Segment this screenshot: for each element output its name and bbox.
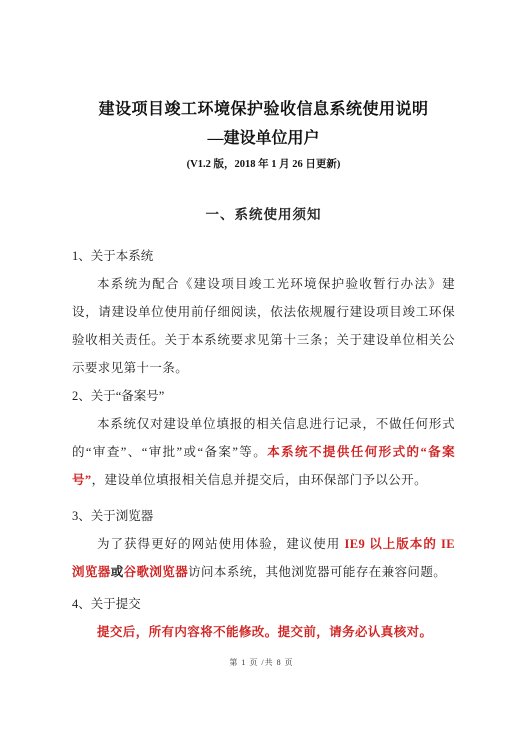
text-run: 为了获得更好的网站使用体验，建议使用 (97, 537, 344, 551)
sections-container: 1、关于本系统本系统为配合《建设项目竣工光环境保护验收暂行办法》建设，请建设单位… (72, 242, 455, 646)
section-paragraph: 为了获得更好的网站使用体验，建议使用 IE9 以上版本的 IE 浏览器或谷歌浏览… (72, 530, 455, 586)
text-run: 提交后，所有内容将不能修改。提交前，请务必认真核对。 (97, 625, 432, 639)
text-run: 谷歌浏览器 (124, 565, 189, 579)
document-page: 建设项目竣工环境保护验收信息系统使用说明 —建设单位用户 (V1.2 版，201… (0, 0, 523, 740)
section-heading: 3、关于浏览器 (72, 502, 455, 530)
section-heading: 1、关于本系统 (72, 242, 455, 270)
text-run: ，建设单位填报相关信息并提交后，由环保部门予以公开。 (92, 473, 427, 487)
doc-title: 建设项目竣工环境保护验收信息系统使用说明 (72, 96, 455, 124)
text-run: 访问本系统，其他浏览器可能存在兼容问题。 (188, 565, 446, 579)
doc-subtitle: —建设单位用户 (72, 124, 455, 154)
main-section-heading: 一、系统使用须知 (72, 204, 455, 226)
section-paragraph: 本系统为配合《建设项目竣工光环境保护验收暂行办法》建设，请建设单位使用前仔细阅读… (72, 270, 455, 382)
section-heading: 2、关于“备案号” (72, 382, 455, 410)
version-line: (V1.2 版，2018 年 1 月 26 日更新) (72, 154, 455, 176)
section-paragraph: 提交后，所有内容将不能修改。提交前，请务必认真核对。 (72, 618, 455, 646)
section-heading: 4、关于提交 (72, 590, 455, 618)
text-run: 本系统为配合《建设项目竣工光环境保护验收暂行办法》建设，请建设单位使用前仔细阅读… (72, 277, 455, 375)
page-number-footer: 第 1 页 /共 8 页 (0, 656, 523, 670)
text-run: 或 (111, 565, 124, 579)
section-paragraph: 本系统仅对建设单位填报的相关信息进行记录，不做任何形式的“审查”、“审批”或“备… (72, 410, 455, 494)
